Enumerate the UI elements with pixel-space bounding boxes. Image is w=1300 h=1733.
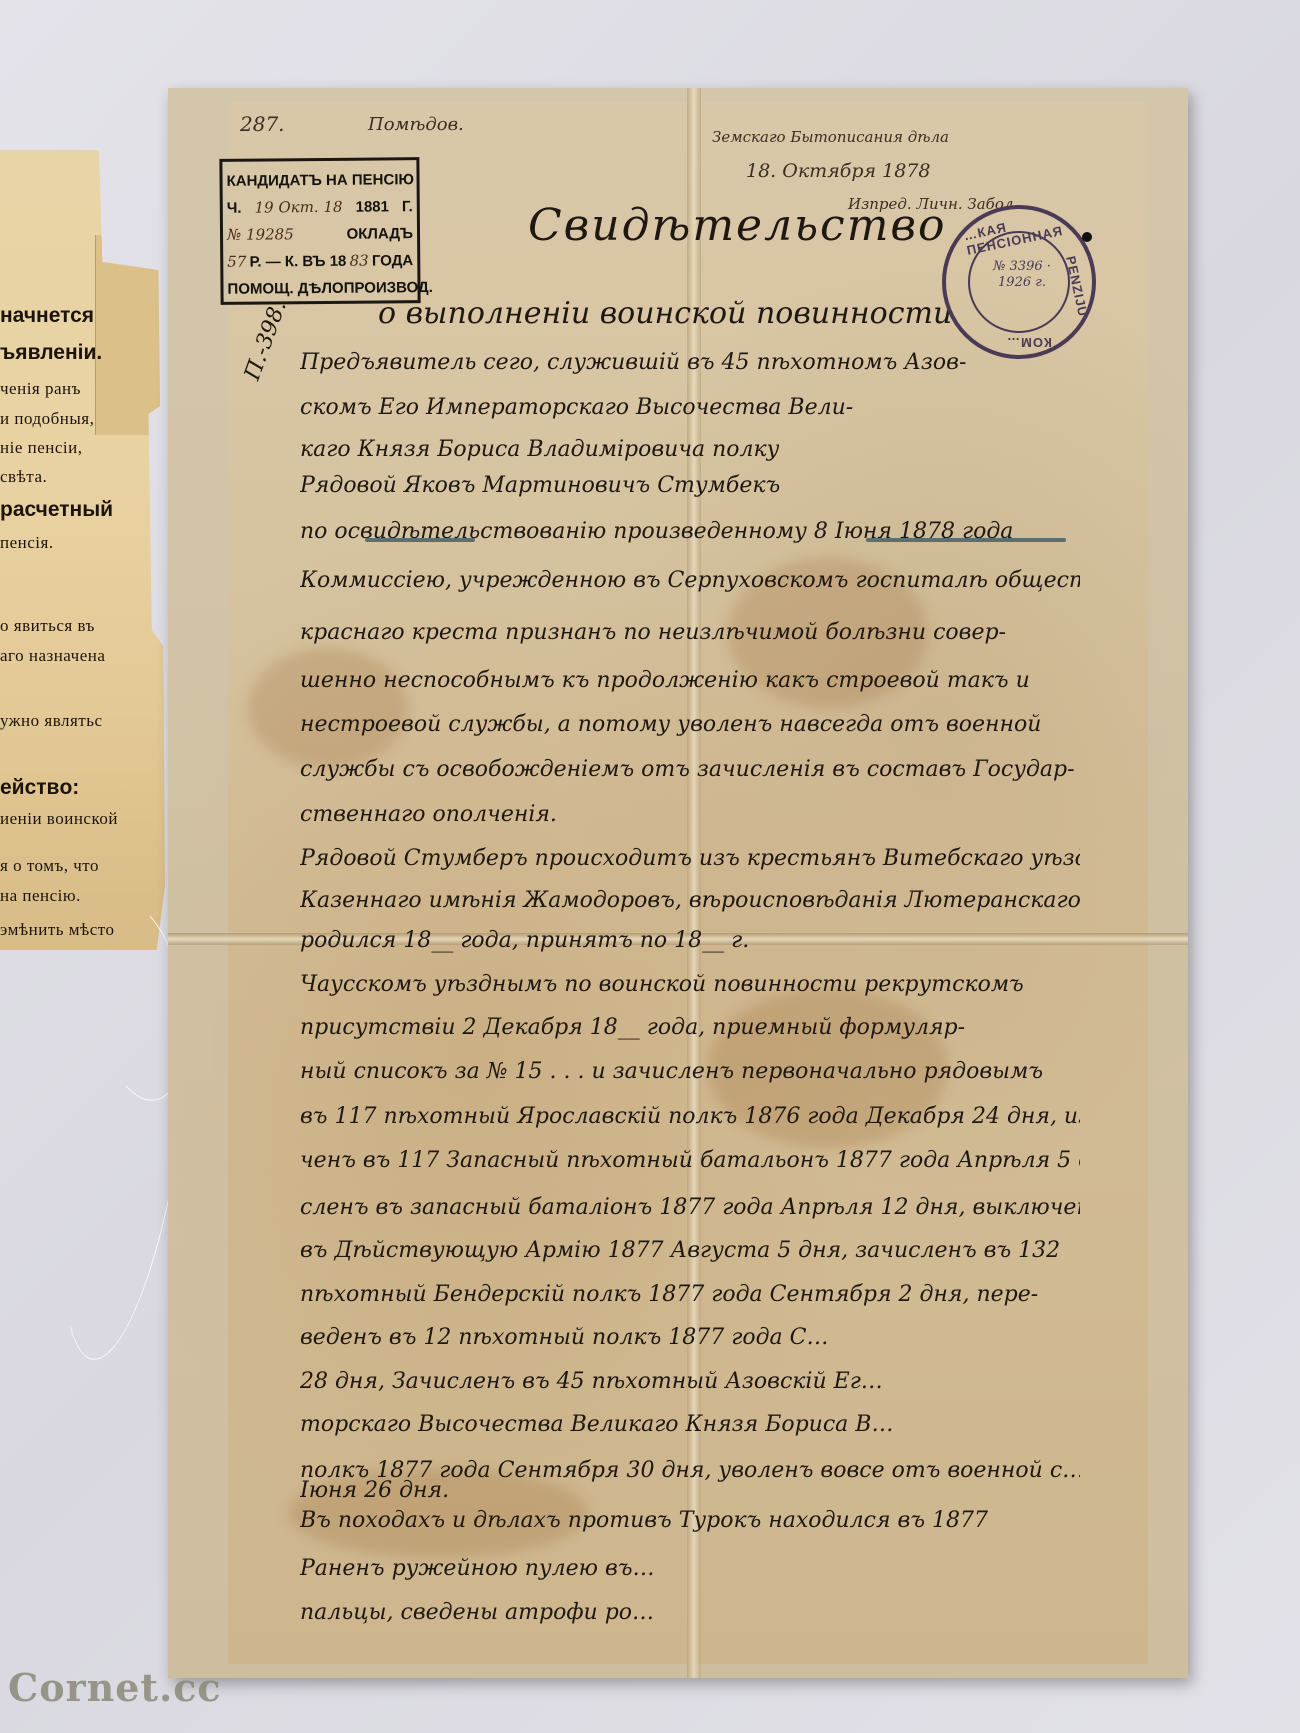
seal-center-handwriting: № 3396 · 1926 г. bbox=[992, 259, 1052, 291]
handwritten-line: ченъ въ 117 Запасный пѣхотный батальонъ … bbox=[300, 1148, 1080, 1173]
notice-line: ченія ранъ bbox=[0, 379, 81, 399]
handwritten-line: каго Князя Бориса Владиміровича полку bbox=[300, 437, 779, 462]
notice-line: ействo: bbox=[0, 776, 79, 800]
notice-line: начнется bbox=[0, 304, 94, 328]
watermark: Cornet.cc bbox=[8, 1665, 221, 1710]
pension-commission-seal: …КАЯ ПЕНСІОННАЯ PENZIJU КОМ… № 3396 · 19… bbox=[942, 205, 1096, 359]
handwritten-line: Чаусскомъ уѣзднымъ по воинской повинност… bbox=[300, 972, 1024, 997]
document-title: Свидѣтельство bbox=[528, 200, 947, 251]
handwritten-line: Казеннаго имѣнія Жамодоровъ, вѣроисповѣд… bbox=[300, 888, 1080, 913]
handwritten-line: шенно неспособнымъ къ продолженію какъ с… bbox=[300, 668, 1030, 693]
handwritten-line: присутствіи 2 Декабря 18__ года, приемны… bbox=[300, 1015, 965, 1040]
notice-line: расчетный bbox=[0, 498, 113, 522]
notice-line: на пенсію. bbox=[0, 886, 81, 906]
torn-paper-tab bbox=[95, 235, 166, 435]
handwritten-line: ный списокъ за № 15 . . . и зачисленъ пе… bbox=[300, 1059, 1043, 1084]
handwritten-line: Предъявитель сего, служившій въ 45 пѣхот… bbox=[300, 350, 966, 375]
handwritten-line: пѣхотный Бендерскій полкъ 1877 года Сент… bbox=[300, 1282, 1038, 1307]
handwritten-line: въ Дѣйствующую Армію 1877 Августа 5 дня,… bbox=[300, 1238, 1060, 1263]
handwritten-line: краснаго креста признанъ по неизлѣчимой … bbox=[300, 620, 1006, 645]
stamp-row-number: № 19285 ОКЛАДЪ bbox=[227, 220, 413, 249]
handwritten-line: въ 117 пѣхотный Ярославскій полкъ 1876 г… bbox=[300, 1104, 1080, 1129]
handwritten-line: 28 дня, Зачисленъ въ 45 пѣхотный Азовскі… bbox=[300, 1369, 883, 1394]
stamp-row-title: КАНДИДАТЪ НА ПЕНСІЮ bbox=[226, 166, 412, 195]
notice-line: ужно являтьс bbox=[0, 711, 103, 731]
corner-note: Помѣдов. bbox=[368, 114, 464, 135]
stamp-row-amount: 57 Р. — К. ВЪ 18 83 ГОДА bbox=[227, 247, 413, 276]
handwritten-line: службы съ освобожденіемъ отъ зачисленія … bbox=[300, 757, 1075, 782]
handwritten-line: Въ походахъ и дѣлахъ противъ Турокъ нахо… bbox=[300, 1508, 988, 1533]
notice-line: пенсія. bbox=[0, 533, 54, 553]
handwritten-line: Раненъ ружейною пулею въ… bbox=[300, 1556, 655, 1581]
handwritten-line: Іюня 26 дня. bbox=[300, 1478, 449, 1503]
corner-number: 287. bbox=[240, 112, 285, 136]
handwritten-line: пальцы, сведены атрофи ро… bbox=[300, 1600, 654, 1625]
notice-line: и подобныя, bbox=[0, 409, 94, 429]
blue-pencil-underline bbox=[365, 538, 475, 542]
handwritten-line: Коммиссіею, учрежденною въ Серпуховскомъ… bbox=[300, 568, 1080, 593]
handwritten-line: Рядовой Стумберъ происходитъ изъ крестья… bbox=[300, 846, 1080, 871]
handwritten-line: Рядовой Яковъ Мартиновичъ Стумбекъ bbox=[300, 473, 780, 498]
header-note-line1: Земскаго Бытописания дѣла bbox=[712, 128, 949, 146]
header-date: 18. Октября 1878 bbox=[746, 160, 931, 182]
notice-line: аго назначена bbox=[0, 646, 105, 666]
seal-ring-bottom: КОМ… bbox=[1006, 335, 1052, 350]
blue-pencil-underline bbox=[866, 538, 1066, 542]
ink-dot bbox=[1082, 232, 1092, 242]
document-subtitle: о выполненіи воинской повинности bbox=[378, 296, 952, 331]
handwritten-line: сленъ въ запасный баталіонъ 1877 года Ап… bbox=[300, 1195, 1080, 1220]
notice-line: ъявленіи. bbox=[0, 341, 102, 365]
handwritten-line: торскаго Высочества Великаго Князя Борис… bbox=[300, 1412, 893, 1437]
pension-candidate-stamp: КАНДИДАТЪ НА ПЕНСІЮ Ч. 19 Окт. 18 1881 Г… bbox=[219, 157, 420, 305]
handwritten-line: веденъ въ 12 пѣхотный полкъ 1877 года С… bbox=[300, 1325, 829, 1350]
notice-line: я о томъ, что bbox=[0, 856, 99, 876]
water-stain bbox=[248, 648, 408, 768]
notice-line: свѣта. bbox=[0, 467, 47, 487]
stamp-row-date: Ч. 19 Окт. 18 1881 Г. bbox=[227, 193, 413, 222]
handwritten-line: ственнаго ополченія. bbox=[300, 802, 557, 827]
notice-line: о явиться въ bbox=[0, 616, 95, 636]
handwritten-line: скомъ Его Императорскаго Высочества Вели… bbox=[300, 395, 853, 420]
notice-line: иеніи воинской bbox=[0, 809, 118, 829]
handwritten-line: родился 18__ года, принятъ по 18__ г. bbox=[300, 928, 749, 953]
handwritten-line: нестроевой службы, а потому уволенъ навс… bbox=[300, 712, 1041, 737]
notice-line: ніе пенсіи, bbox=[0, 438, 82, 458]
